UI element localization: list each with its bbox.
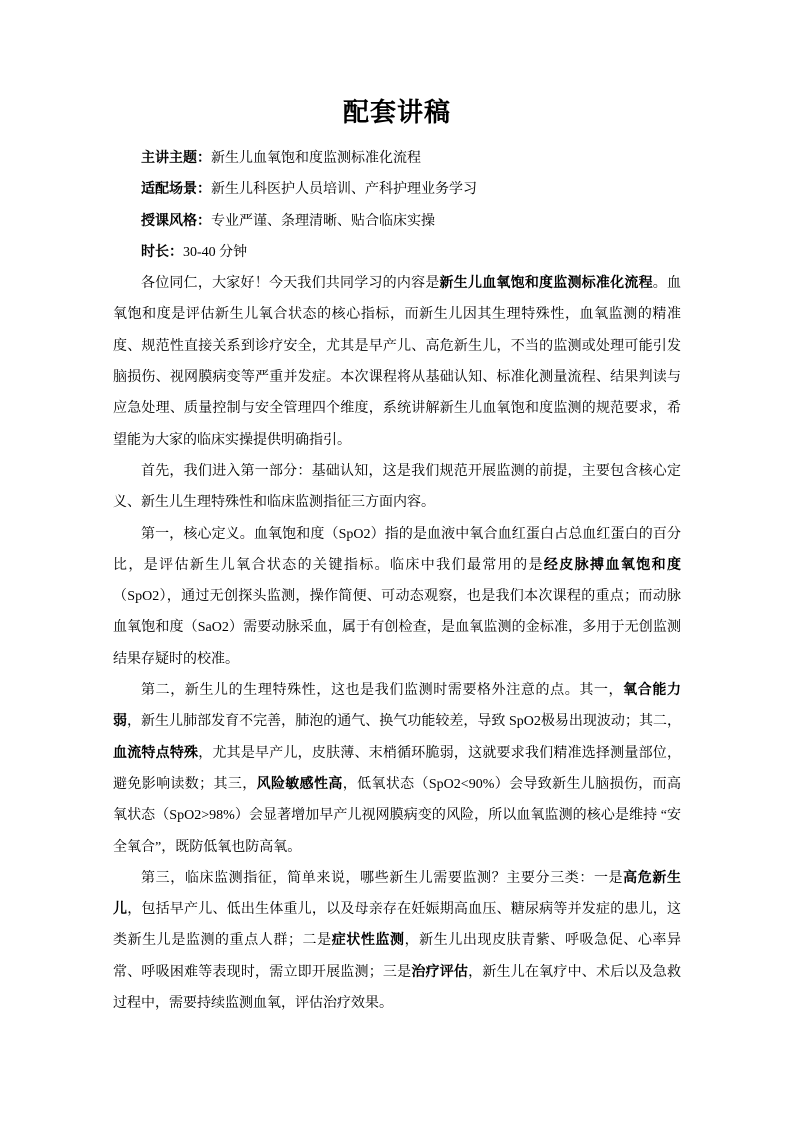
text-run: 第三，临床监测指征，简单来说，哪些新生儿需要监测？主要分三类：一是 (141, 871, 623, 886)
paragraph: 各位同仁，大家好！今天我们共同学习的内容是新生儿血氧饱和度监测标准化流程。血氧饱… (113, 268, 681, 456)
meta-line: 时长：30-40 分钟 (113, 237, 681, 268)
bold-text-run: 经皮脉搏血氧饱和度 (544, 558, 681, 573)
paragraph: 第一，核心定义。血氧饱和度（SpO2）指的是血液中氧合血红蛋白占总血红蛋白的百分… (113, 519, 681, 675)
text-run: 首先，我们进入第一部分：基础认知，这是我们规范开展监测的前提，主要包含核心定义、… (113, 464, 681, 510)
bold-text-run: 症状性监测 (332, 933, 405, 948)
meta-value: 30-40 分钟 (183, 245, 247, 260)
document-body: 各位同仁，大家好！今天我们共同学习的内容是新生儿血氧饱和度监测标准化流程。血氧饱… (113, 268, 681, 1019)
text-run: （SpO2），通过无创探头监测，操作简便、可动态观察，也是我们本次课程的重点；而… (113, 589, 681, 667)
meta-line: 适配场景：新生儿科医护人员培训、产科护理业务学习 (113, 174, 681, 205)
bold-text-run: 新生儿血氧饱和度监测标准化流程 (440, 276, 653, 291)
bold-text-run: 血流特点特殊 (113, 746, 198, 761)
text-run: 第二，新生儿的生理特殊性，这也是我们监测时需要格外注意的点。其一， (141, 683, 623, 698)
meta-list: 主讲主题：新生儿血氧饱和度监测标准化流程适配场景：新生儿科医护人员培训、产科护理… (113, 143, 681, 268)
paragraph: 第三，临床监测指征，简单来说，哪些新生儿需要监测？主要分三类：一是高危新生儿，包… (113, 863, 681, 1019)
paragraph: 第二，新生儿的生理特殊性，这也是我们监测时需要格外注意的点。其一，氧合能力弱，新… (113, 675, 681, 863)
meta-value: 新生儿血氧饱和度监测标准化流程 (211, 151, 421, 166)
meta-line: 授课风格：专业严谨、条理清晰、贴合临床实操 (113, 206, 681, 237)
paragraph: 首先，我们进入第一部分：基础认知，这是我们规范开展监测的前提，主要包含核心定义、… (113, 456, 681, 519)
meta-value: 新生儿科医护人员培训、产科护理业务学习 (211, 182, 477, 197)
meta-label: 时长： (141, 245, 183, 260)
meta-label: 主讲主题： (141, 151, 211, 166)
meta-label: 授课风格： (141, 214, 211, 229)
text-run: ，新生儿肺部发育不完善，肺泡的通气、换气功能较差，导致 SpO2极易出现波动；其… (127, 714, 681, 729)
meta-value: 专业严谨、条理清晰、贴合临床实操 (211, 214, 435, 229)
document-page: 配套讲稿 主讲主题：新生儿血氧饱和度监测标准化流程适配场景：新生儿科医护人员培训… (0, 0, 794, 1123)
text-run: 各位同仁，大家好！今天我们共同学习的内容是 (141, 276, 440, 291)
text-run: 。血氧饱和度是评估新生儿氧合状态的核心指标，而新生儿因其生理特殊性，血氧监测的精… (113, 276, 681, 447)
document-content: 配套讲稿 主讲主题：新生儿血氧饱和度监测标准化流程适配场景：新生儿科医护人员培训… (113, 96, 681, 1019)
meta-line: 主讲主题：新生儿血氧饱和度监测标准化流程 (113, 143, 681, 174)
meta-label: 适配场景： (141, 182, 211, 197)
bold-text-run: 风险敏感性高 (257, 777, 343, 792)
bold-text-run: 治疗评估 (411, 965, 468, 980)
document-title: 配套讲稿 (113, 96, 681, 130)
